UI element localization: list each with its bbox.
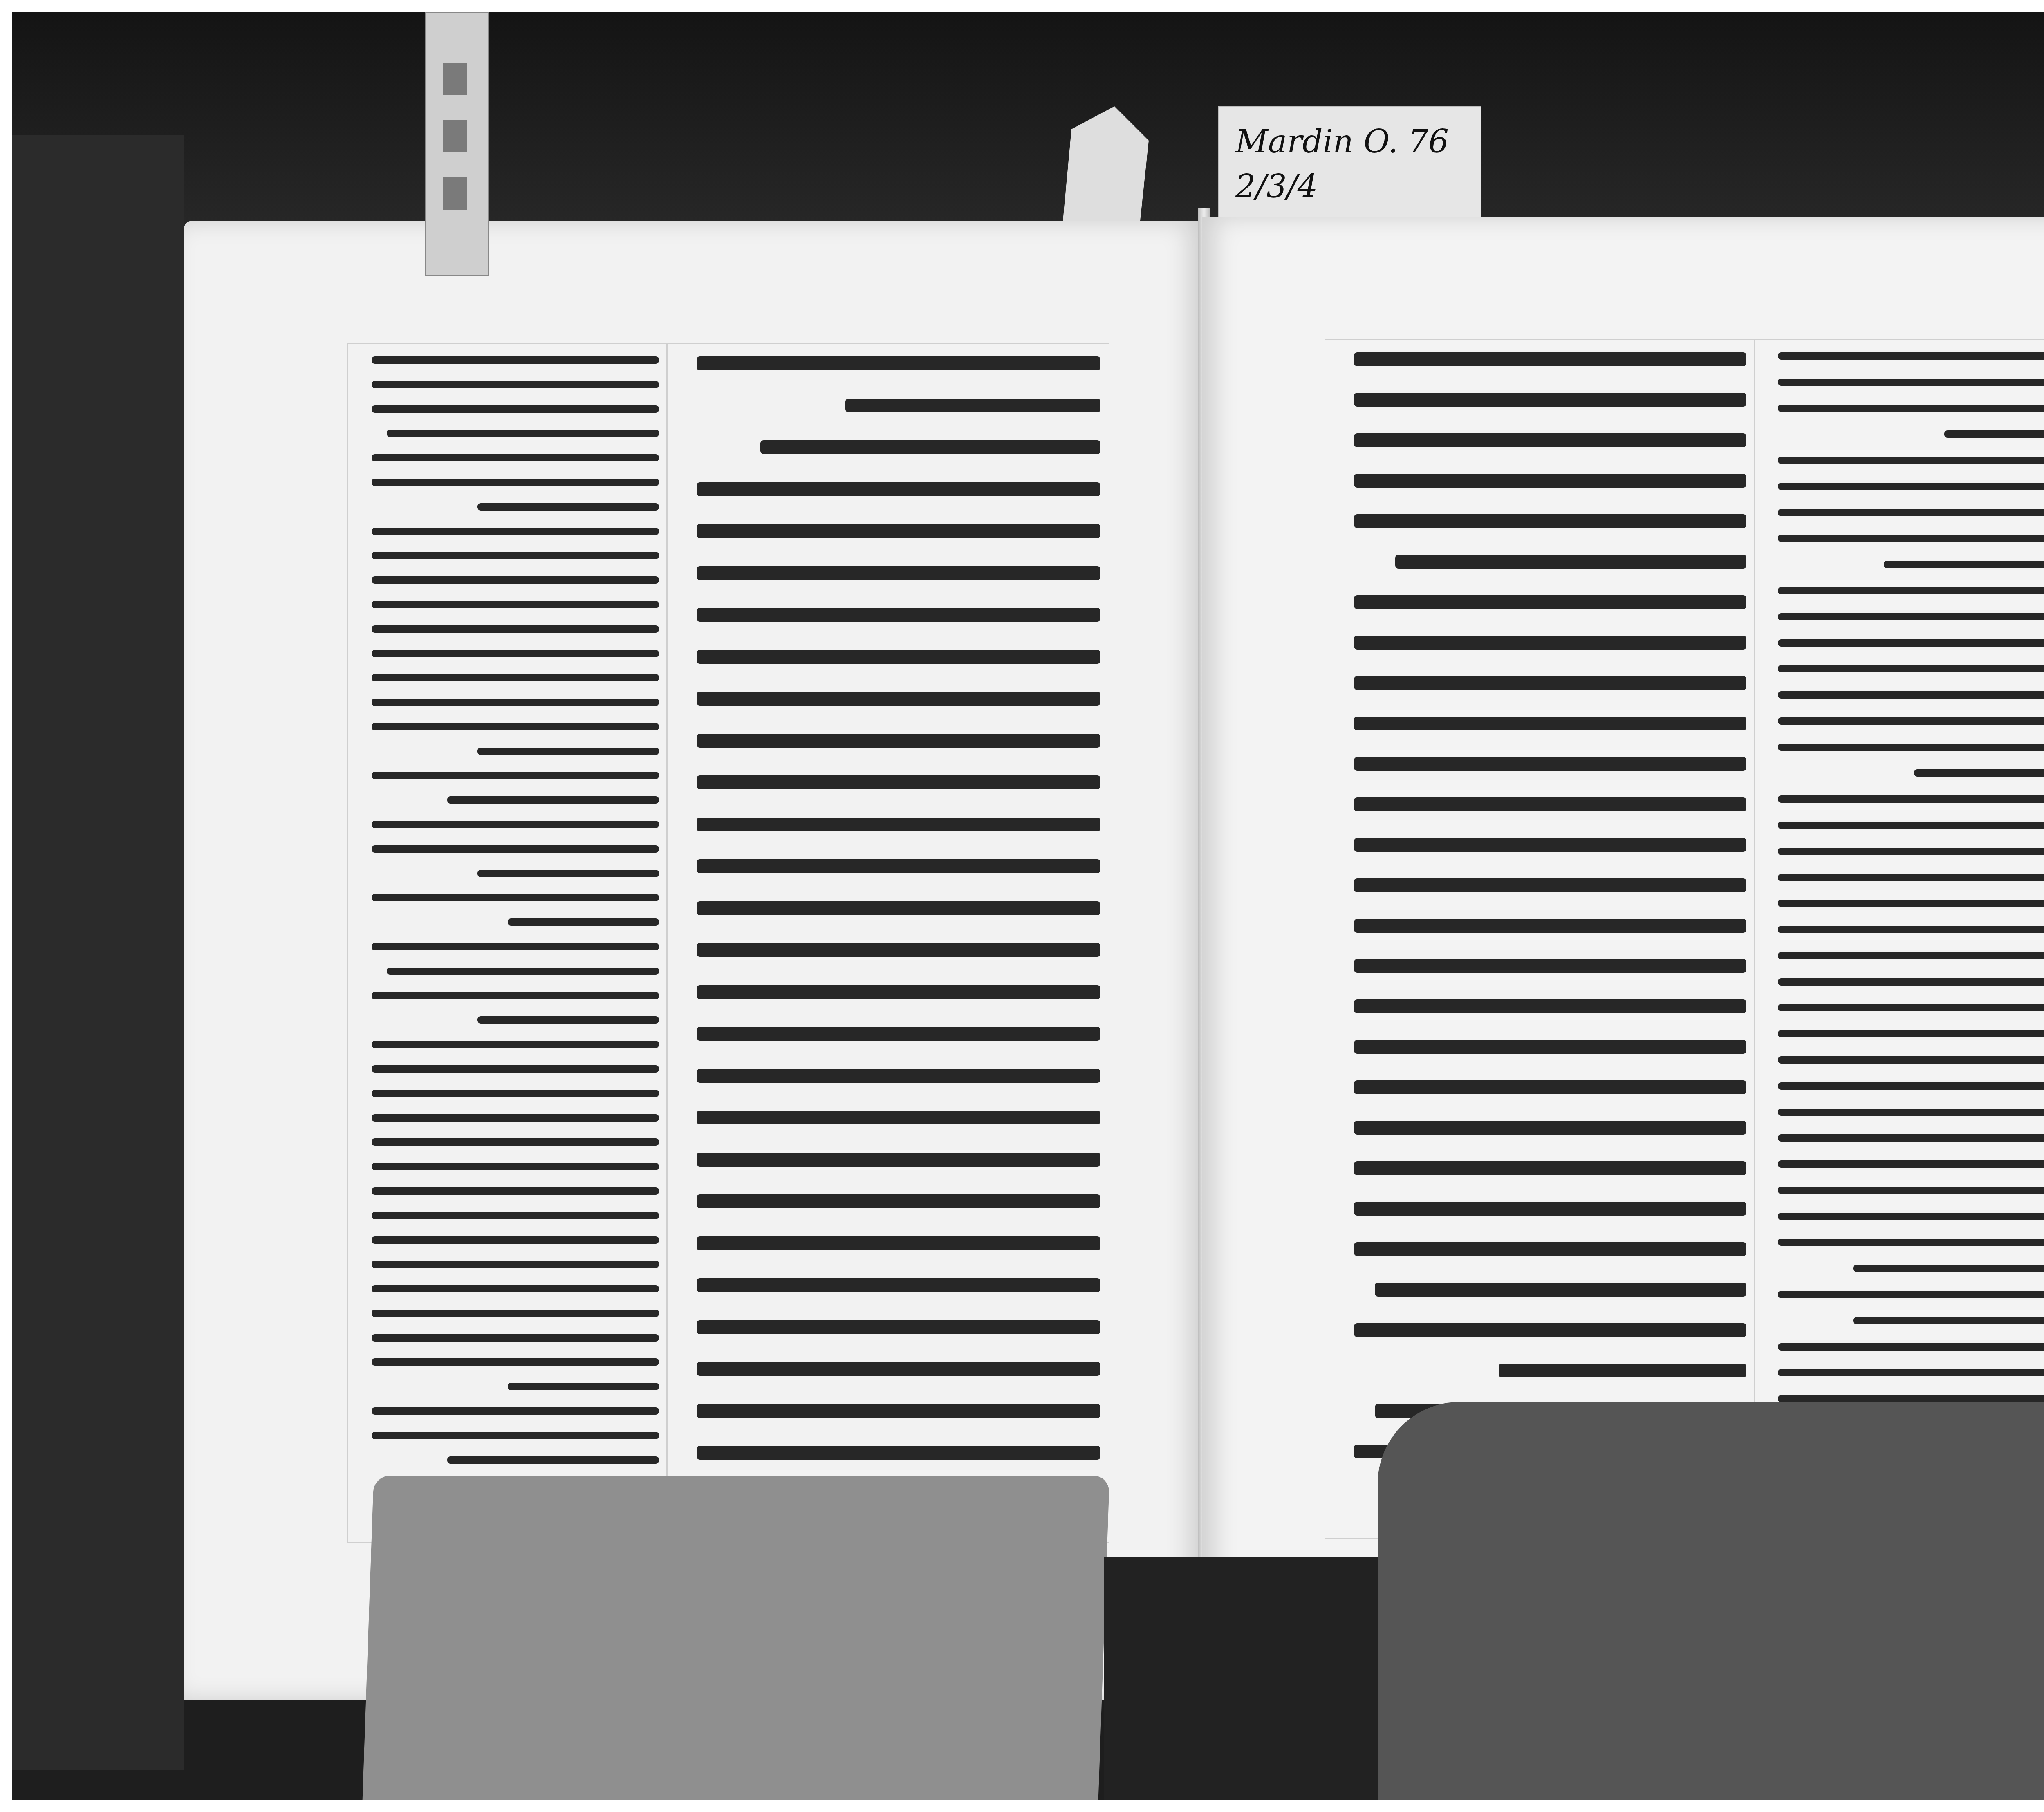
script-line: [1354, 433, 1746, 447]
script-line: [372, 625, 659, 633]
script-line: [372, 992, 659, 999]
script-line: [1354, 474, 1746, 488]
script-line: [372, 772, 659, 779]
clothespin-clip-left: [425, 12, 489, 276]
script-line: [372, 1407, 659, 1415]
script-line: [372, 1114, 659, 1122]
script-line: [1778, 352, 2044, 360]
script-line: [697, 859, 1100, 873]
script-line: [1354, 717, 1746, 730]
script-line: [1778, 1109, 2044, 1116]
script-line: [697, 901, 1100, 915]
script-line: [372, 576, 659, 584]
photo-frame: Mardin O. 76 2/3/4: [12, 12, 2044, 1800]
script-line: [372, 1212, 659, 1219]
script-line: [697, 1320, 1100, 1334]
script-line: [1354, 757, 1746, 771]
script-line: [372, 1285, 659, 1292]
script-line: [1944, 430, 2044, 438]
script-line: [387, 968, 659, 975]
script-line: [372, 381, 659, 388]
script-line: [372, 1432, 659, 1439]
script-line: [1354, 1080, 1746, 1094]
script-line: [372, 650, 659, 657]
script-line: [372, 1041, 659, 1048]
script-line: [1375, 1283, 1746, 1297]
script-line: [697, 1027, 1100, 1041]
script-line: [1354, 1323, 1746, 1337]
script-line: [1354, 1202, 1746, 1216]
script-line: [1778, 795, 2044, 803]
script-line: [1778, 952, 2044, 959]
script-line: [697, 1236, 1100, 1250]
script-line: [1778, 379, 2044, 386]
script-line: [1778, 1134, 2044, 1142]
script-line: [372, 821, 659, 828]
script-line: [697, 1362, 1100, 1376]
script-line: [372, 1310, 659, 1317]
script-line: [1778, 1343, 2044, 1351]
script-line: [697, 1278, 1100, 1292]
script-line: [697, 985, 1100, 999]
script-line: [372, 552, 659, 559]
script-line: [697, 1404, 1100, 1418]
script-line: [697, 566, 1100, 580]
script-line: [1778, 717, 2044, 725]
script-line: [372, 699, 659, 706]
script-line: [372, 1138, 659, 1146]
script-line: [1778, 639, 2044, 647]
book-cover-right: [1378, 1402, 2044, 1800]
script-line: [1778, 744, 2044, 751]
script-line: [697, 482, 1100, 496]
script-line: [1884, 561, 2044, 568]
script-line: [372, 845, 659, 853]
script-line: [1778, 691, 2044, 699]
script-line: [1778, 1056, 2044, 1064]
script-line: [372, 356, 659, 364]
script-line: [1778, 509, 2044, 516]
script-line: [477, 1016, 659, 1024]
script-line: [1354, 838, 1746, 852]
script-line: [372, 1090, 659, 1097]
script-line: [1853, 1317, 2044, 1324]
script-line: [1354, 352, 1746, 366]
script-line: [697, 1194, 1100, 1208]
script-line: [697, 1446, 1100, 1460]
script-line: [1354, 878, 1746, 892]
right-page-outer-column: [1754, 339, 2044, 1539]
script-line: [1354, 393, 1746, 407]
script-line: [372, 1334, 659, 1342]
script-line: [1853, 1265, 2044, 1272]
script-line: [1778, 1160, 2044, 1168]
catalog-label-line2: 2/3/4: [1235, 168, 1318, 205]
script-line: [1354, 1121, 1746, 1135]
script-line: [1778, 848, 2044, 855]
script-line: [760, 440, 1100, 454]
script-line: [1354, 1161, 1746, 1175]
script-line: [508, 1383, 659, 1390]
left-page-main-column: [666, 343, 1109, 1543]
script-line: [1778, 1030, 2044, 1037]
script-line: [1778, 1291, 2044, 1298]
script-line: [447, 796, 659, 804]
script-line: [372, 1065, 659, 1073]
script-line: [1778, 926, 2044, 933]
script-line: [372, 1358, 659, 1366]
script-line: [1778, 1082, 2044, 1090]
script-line: [1354, 919, 1746, 933]
script-line: [372, 723, 659, 730]
script-line: [1354, 676, 1746, 690]
script-line: [372, 405, 659, 413]
script-line: [372, 1163, 659, 1170]
script-line: [387, 430, 659, 437]
script-line: [697, 734, 1100, 748]
script-line: [1778, 457, 2044, 464]
script-line: [1354, 999, 1746, 1013]
script-line: [697, 1111, 1100, 1124]
script-line: [1914, 769, 2044, 777]
script-line: [372, 1261, 659, 1268]
script-line: [1778, 1239, 2044, 1246]
script-line: [845, 399, 1100, 412]
script-line: [477, 870, 659, 877]
script-line: [1778, 1213, 2044, 1220]
script-line: [1354, 959, 1746, 973]
script-line: [1778, 613, 2044, 620]
script-line: [1354, 1242, 1746, 1256]
script-line: [697, 1069, 1100, 1083]
right-page-main-column: [1325, 339, 1755, 1539]
script-line: [1778, 1395, 2044, 1402]
script-line: [697, 943, 1100, 957]
script-line: [697, 818, 1100, 831]
left-page-outer-column: [347, 343, 668, 1543]
script-line: [1778, 900, 2044, 907]
catalog-label-line1: Mardin O. 76: [1235, 123, 1449, 160]
script-line: [1354, 636, 1746, 650]
script-line: [697, 775, 1100, 789]
script-line: [1778, 587, 2044, 594]
script-line: [1778, 535, 2044, 542]
catalog-label: Mardin O. 76 2/3/4: [1218, 106, 1481, 218]
script-line: [372, 943, 659, 950]
script-line: [697, 608, 1100, 622]
shadow-between-covers: [1104, 1557, 1390, 1800]
script-line: [697, 650, 1100, 664]
script-line: [1778, 1004, 2044, 1011]
script-line: [697, 524, 1100, 538]
script-line: [372, 1236, 659, 1244]
script-line: [447, 1456, 659, 1464]
script-line: [477, 503, 659, 511]
script-line: [1778, 1369, 2044, 1376]
script-line: [1499, 1364, 1746, 1377]
script-line: [1778, 483, 2044, 490]
script-line: [1778, 874, 2044, 881]
script-line: [372, 479, 659, 486]
script-line: [1354, 797, 1746, 811]
script-line: [1395, 555, 1746, 569]
script-line: [372, 601, 659, 608]
script-line: [477, 748, 659, 755]
script-line: [1354, 514, 1746, 528]
script-line: [372, 454, 659, 461]
script-line: [1354, 1040, 1746, 1054]
script-line: [697, 692, 1100, 706]
script-line: [1778, 405, 2044, 412]
dark-background-left: [12, 135, 184, 1770]
script-line: [508, 918, 659, 926]
script-line: [1778, 978, 2044, 986]
script-line: [372, 674, 659, 681]
script-line: [372, 1187, 659, 1195]
script-line: [1778, 822, 2044, 829]
script-line: [1778, 665, 2044, 672]
script-line: [1778, 1187, 2044, 1194]
script-line: [1354, 595, 1746, 609]
script-line: [372, 528, 659, 535]
script-line: [372, 894, 659, 901]
script-line: [697, 356, 1100, 370]
book-cover-left: [362, 1476, 1110, 1800]
script-line: [697, 1153, 1100, 1167]
